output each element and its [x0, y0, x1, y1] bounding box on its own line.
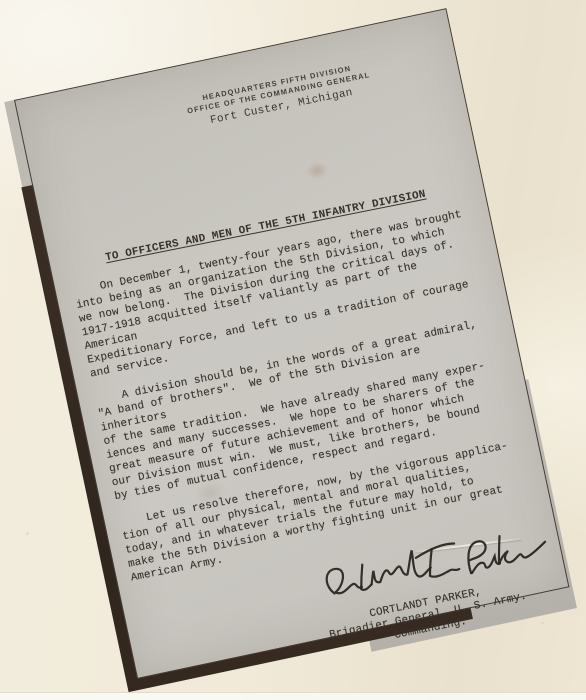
letterhead: HEADQUARTERS FIFTH DIVISION OFFICE OF TH… — [79, 39, 480, 154]
speck — [26, 532, 29, 535]
scan-edge-strip — [0, 692, 586, 700]
letterhead-line-2: OFFICE OF THE COMMANDING GENERAL — [81, 49, 477, 138]
letter-content: HEADQUARTERS FIFTH DIVISION OFFICE OF TH… — [15, 12, 562, 677]
letter-paper: HEADQUARTERS FIFTH DIVISION OFFICE OF TH… — [14, 8, 569, 679]
